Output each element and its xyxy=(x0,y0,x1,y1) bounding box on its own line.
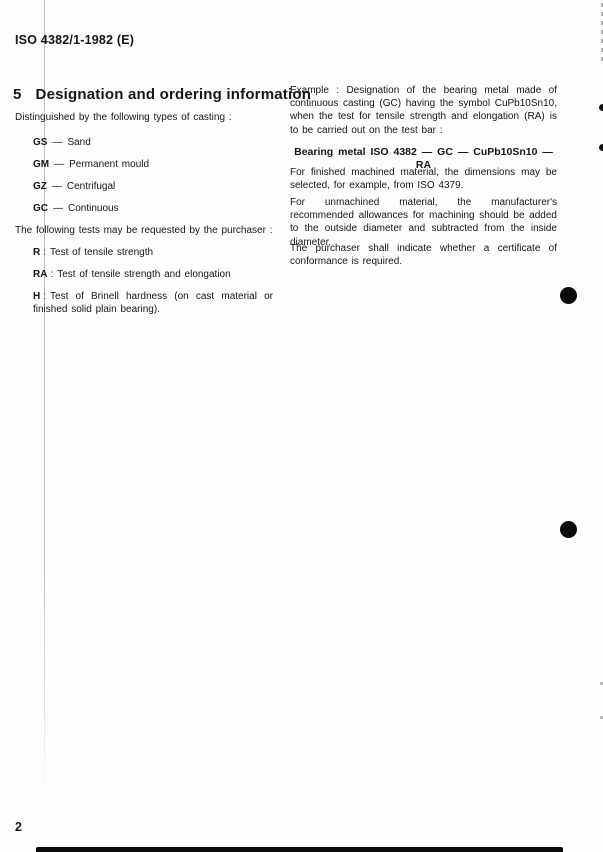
test-code: R xyxy=(33,247,40,258)
scan-edge-mark xyxy=(599,104,603,111)
tests-intro-text: The following tests may be requested by … xyxy=(15,224,280,237)
colon-separator: : xyxy=(43,291,46,302)
registration-dot xyxy=(560,521,577,538)
casting-type-item: GC—Continuous xyxy=(33,202,119,215)
casting-label: Centrifugal xyxy=(67,181,115,192)
scan-bottom-edge xyxy=(36,847,563,852)
registration-dot xyxy=(560,287,577,304)
test-item: R:Test of tensile strength xyxy=(33,246,153,259)
casting-type-item: GM—Permanent mould xyxy=(33,158,149,171)
dash-separator: — xyxy=(52,181,62,192)
unmachined-material-paragraph: For unmachined material, the manufacture… xyxy=(290,196,557,249)
document-reference: ISO 4382/1-1982 (E) xyxy=(15,33,134,47)
example-paragraph: Example : Designation of the bearing met… xyxy=(290,84,557,137)
finished-material-paragraph: For finished machined material, the dime… xyxy=(290,166,557,192)
casting-code: GC xyxy=(33,203,48,214)
test-label: Test of tensile strength and elongation xyxy=(57,269,230,280)
casting-label: Permanent mould xyxy=(69,159,149,170)
casting-type-item: GZ—Centrifugal xyxy=(33,180,115,193)
casting-code: GZ xyxy=(33,181,47,192)
colon-separator: : xyxy=(43,247,46,258)
casting-code: GM xyxy=(33,159,49,170)
dash-separator: — xyxy=(52,137,62,148)
casting-type-item: GS—Sand xyxy=(33,136,91,149)
casting-code: GS xyxy=(33,137,47,148)
casting-label: Sand xyxy=(67,137,90,148)
test-item: H:Test of Brinell hardness (on cast mate… xyxy=(33,290,273,316)
scan-edge-mark xyxy=(599,144,603,151)
section-title: Designation and ordering information xyxy=(36,86,312,103)
casting-intro-text: Distinguished by the following types of … xyxy=(15,111,275,124)
colon-separator: : xyxy=(50,269,53,280)
test-label: Test of tensile strength xyxy=(50,247,153,258)
casting-label: Continuous xyxy=(68,203,119,214)
page-number: 2 xyxy=(15,820,22,834)
document-page: ISO 4382/1-1982 (E) 5Designation and ord… xyxy=(0,0,603,852)
section-heading: 5Designation and ordering information xyxy=(13,86,311,103)
certificate-paragraph: The purchaser shall indicate whether a c… xyxy=(290,242,557,268)
section-number: 5 xyxy=(13,86,22,103)
test-code: RA xyxy=(33,269,47,280)
test-item: RA:Test of tensile strength and elongati… xyxy=(33,268,231,281)
test-code: H xyxy=(33,291,40,302)
test-label: Test of Brinell hardness (on cast materi… xyxy=(33,291,273,315)
dash-separator: — xyxy=(54,159,64,170)
dash-separator: — xyxy=(53,203,63,214)
